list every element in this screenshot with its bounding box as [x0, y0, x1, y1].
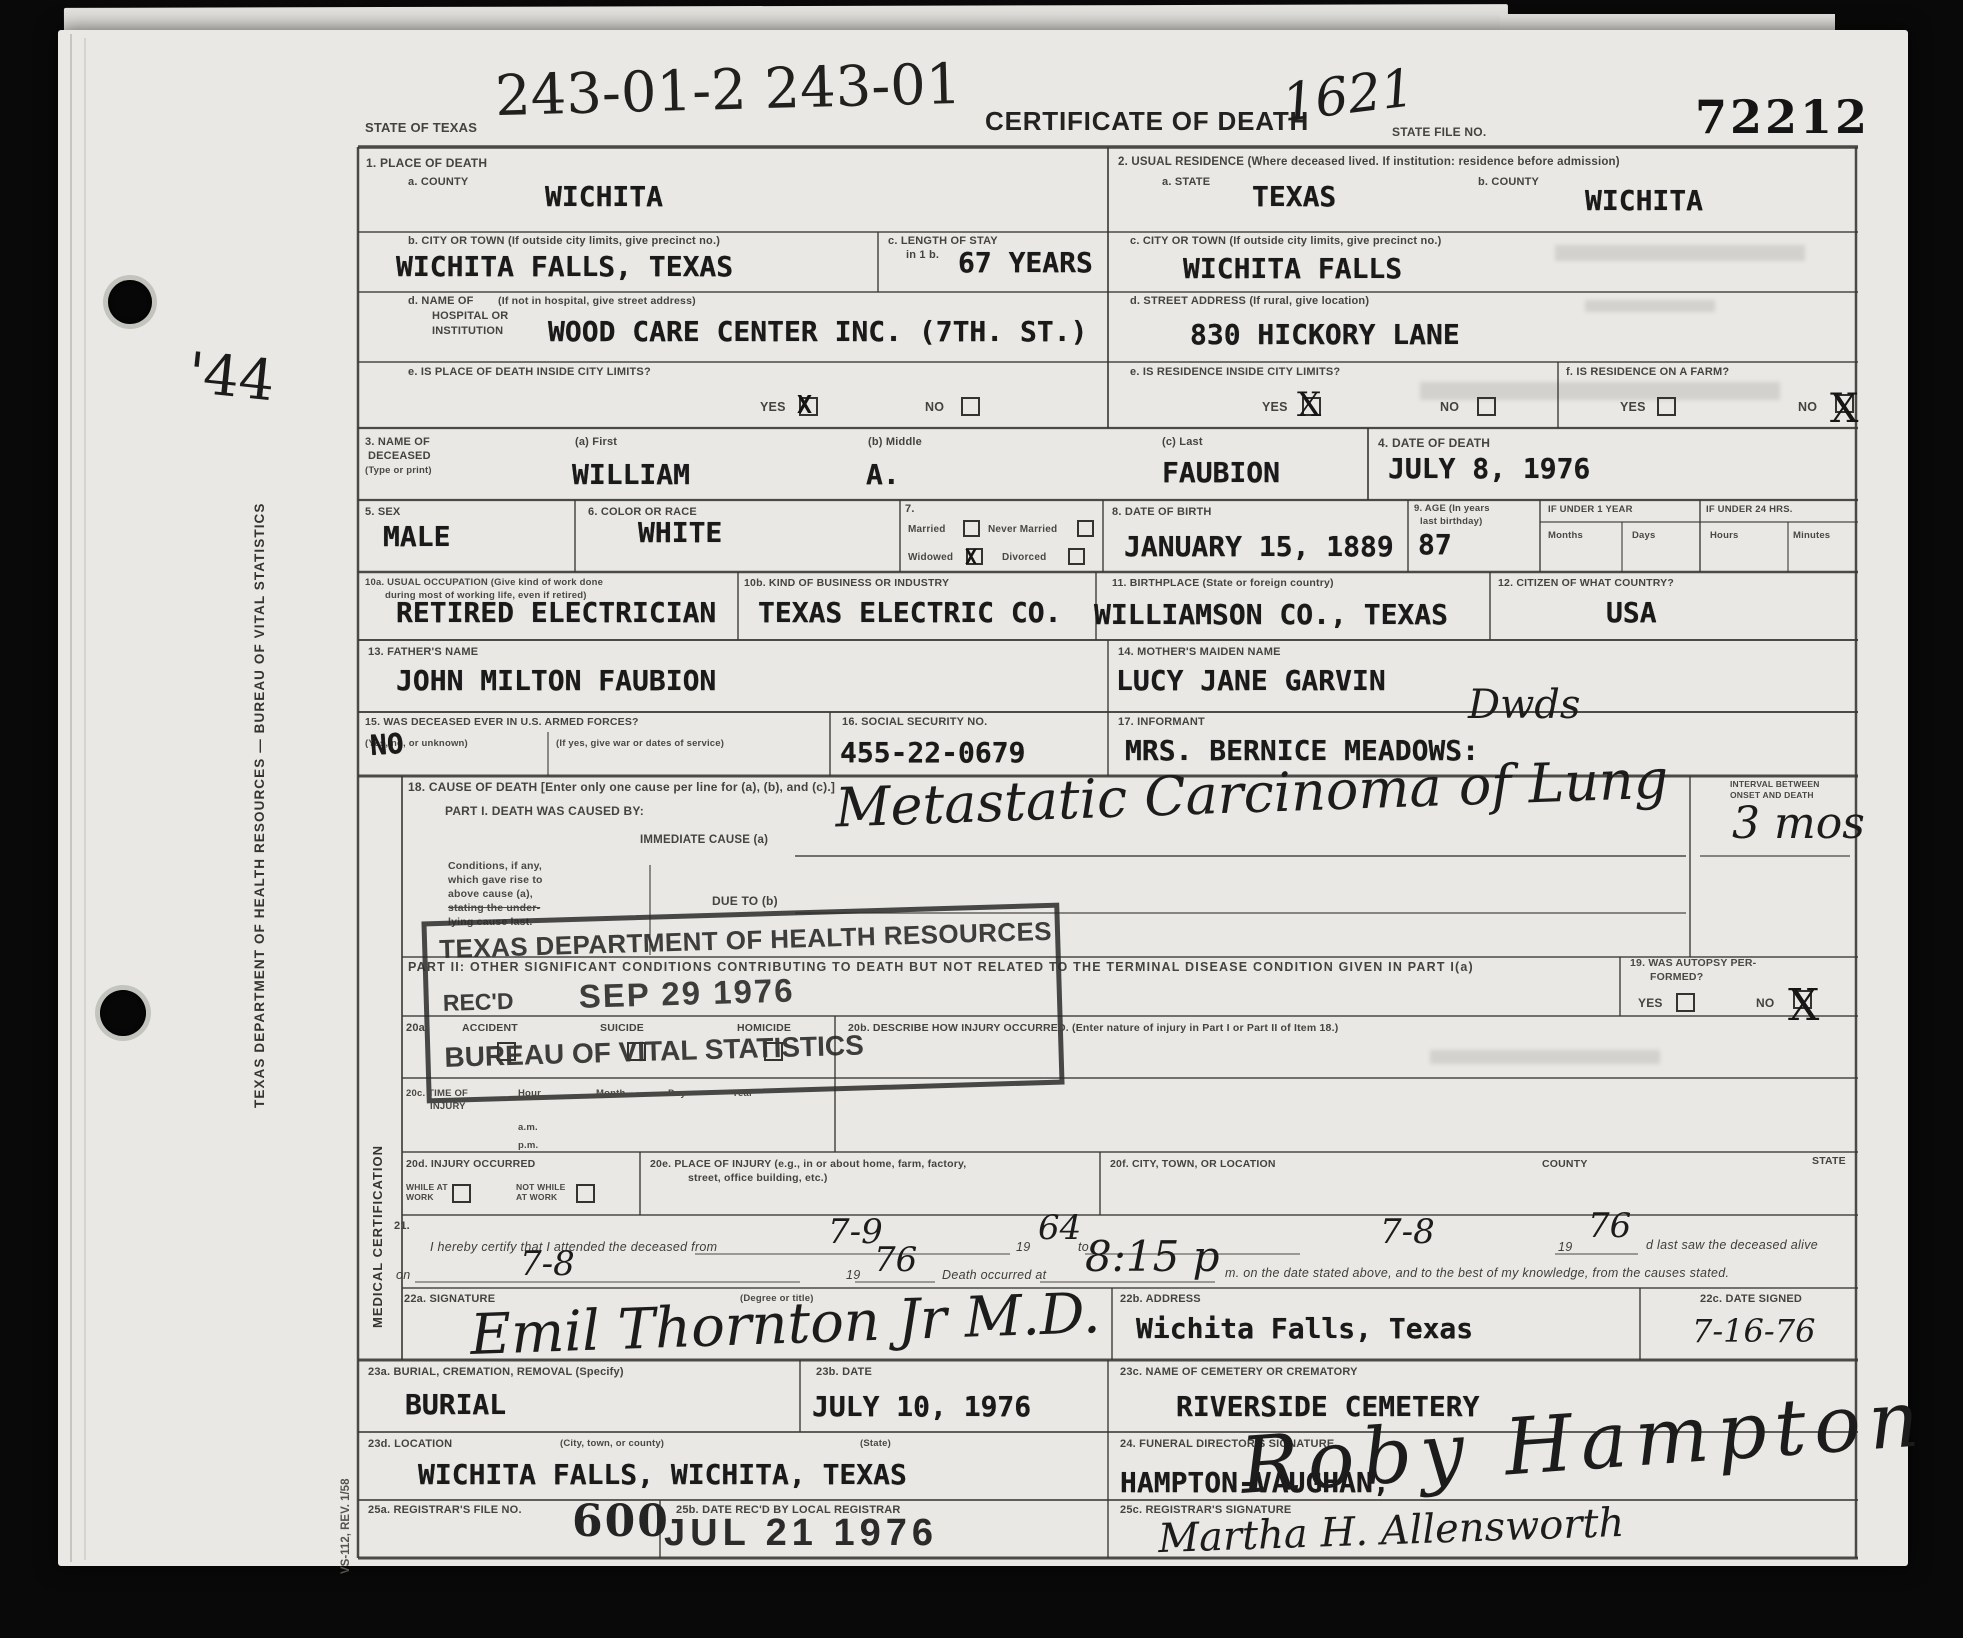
accident-checkbox [497, 1042, 516, 1061]
farm-yes-checkbox [1657, 397, 1676, 416]
fathers-name-label: 13. FATHER'S NAME [368, 646, 478, 658]
stamp-recd-label: REC'D [442, 988, 513, 1017]
usual-residence-section-label: 2. USUAL RESIDENCE (Where deceased lived… [1118, 156, 1620, 168]
if-under-24-hrs-label: IF UNDER 24 HRS. [1706, 504, 1793, 515]
first-name-label: (a) First [575, 436, 617, 448]
homicide-label: HOMICIDE [737, 1022, 791, 1034]
interval-label1: INTERVAL BETWEEN [1730, 779, 1820, 789]
year-19-print: 19 [1016, 1240, 1031, 1254]
residence-state-value: TEXAS [1252, 180, 1336, 213]
hospital-value: WOOD CARE CENTER INC. (7TH. ST.) [548, 315, 1087, 348]
age-value: 87 [1418, 528, 1452, 561]
certify-text-on: on [396, 1268, 411, 1282]
hours-label: Hours [1710, 530, 1738, 541]
not-while-at-work-label1: NOT WHILE [516, 1182, 566, 1192]
divorced-label: Divorced [1002, 552, 1046, 563]
length-of-stay-label2: in 1 b. [906, 249, 939, 261]
stamp-date: SEP 29 1976 [578, 971, 795, 1015]
place-of-injury-label1: 20e. PLACE OF INJURY (e.g., in or about … [650, 1158, 966, 1170]
handwritten-x-mark: X [1830, 386, 1858, 432]
handwritten-margin-note: '44 [185, 341, 278, 415]
handwritten-case-numbers: 243-01-2 243-01 [494, 52, 962, 129]
am-label: a.m. [518, 1122, 538, 1133]
attended-from-year: 64 [1038, 1208, 1081, 1248]
state-file-no-label: STATE FILE NO. [1392, 125, 1486, 139]
business-value: TEXAS ELECTRIC CO. [758, 596, 1061, 629]
date-received-stamp: JUL 21 1976 [664, 1512, 938, 1555]
residence-city-value: WICHITA FALLS [1183, 252, 1402, 285]
suicide-checkbox [627, 1042, 646, 1061]
item-21-label: 21. [394, 1220, 410, 1232]
hour-label: Hour [518, 1088, 541, 1099]
last-name-value: FAUBION [1162, 456, 1280, 489]
pm-label: p.m. [518, 1140, 538, 1151]
residence-city-label: c. CITY OR TOWN (If outside city limits,… [1130, 235, 1442, 247]
type-or-print-label: (Type or print) [365, 465, 432, 476]
injury-occurred-label: 20d. INJURY OCCURRED [406, 1158, 535, 1170]
burial-cremation-label: 23a. BURIAL, CREMATION, REMOVAL (Specify… [368, 1366, 624, 1378]
stamp-agency-line: TEXAS DEPARTMENT OF HEALTH RESOURCES [439, 916, 1053, 965]
marital-status-label: 7. [905, 503, 915, 515]
scanned-death-certificate: STATE OF TEXAS 243-01-2 243-01 CERTIFICA… [0, 0, 1963, 1638]
minutes-label: Minutes [1793, 530, 1830, 541]
while-at-work-label2: WORK [406, 1192, 434, 1202]
cemetery-label: 23c. NAME OF CEMETERY OR CREMATORY [1120, 1366, 1358, 1378]
handwritten-x-mark: X [1788, 980, 1819, 1031]
sex-label: 5. SEX [365, 506, 400, 518]
handwritten-x-mark: X [1297, 385, 1321, 425]
conditions-line: stating the under- [448, 902, 540, 914]
describe-injury-label: 20b. DESCRIBE HOW INJURY OCCURRED. (Ente… [848, 1022, 1338, 1034]
day-label: Day [668, 1088, 686, 1099]
immediate-cause-label: IMMEDIATE CAUSE (a) [640, 834, 768, 846]
armed-forces-label: 15. WAS DECEASED EVER IN U.S. ARMED FORC… [365, 716, 639, 728]
while-at-work-label1: WHILE AT [406, 1182, 448, 1192]
middle-name-label: (b) Middle [868, 436, 922, 448]
burial-date-value: JULY 10, 1976 [812, 1390, 1031, 1423]
certificate-serial-number: 72212 [1695, 90, 1870, 144]
armed-forces-sublabel2: (If yes, give war or dates of service) [556, 738, 724, 749]
attended-to-date: 7-8 [1380, 1212, 1435, 1252]
street-address-label: d. STREET ADDRESS (If rural, give locati… [1130, 295, 1369, 307]
birthplace-label: 11. BIRTHPLACE (State or foreign country… [1112, 577, 1334, 589]
informant-handwritten-note: Dwds [1468, 682, 1580, 728]
place-of-injury-label2: street, office building, etc.) [688, 1172, 828, 1184]
autopsy-no-checkbox: X [1793, 990, 1812, 1009]
autopsy-yes-checkbox [1676, 993, 1695, 1012]
burial-date-label: 23b. DATE [816, 1366, 872, 1378]
injury-county-label: COUNTY [1542, 1158, 1588, 1170]
residence-farm-label: f. IS RESIDENCE ON A FARM? [1566, 366, 1729, 378]
date-signed-handwritten: 7-16-76 [1692, 1312, 1815, 1350]
residence-county-value: WICHITA [1585, 184, 1703, 217]
left-margin-department-text: TEXAS DEPARTMENT OF HEALTH RESOURCES — B… [252, 502, 267, 1108]
time-of-injury-label2: INJURY [430, 1101, 466, 1112]
institution-label: INSTITUTION [432, 325, 503, 337]
burial-location-label: 23d. LOCATION [368, 1438, 452, 1450]
sex-value: MALE [383, 520, 450, 553]
never-married-label: Never Married [988, 524, 1057, 535]
medical-certification-vertical-label: MEDICAL CERTIFICATION [370, 1145, 385, 1328]
no-label: NO [925, 400, 944, 414]
divorced-checkbox [1068, 548, 1085, 565]
attended-to-year: 76 [1588, 1206, 1631, 1246]
citizen-label: 12. CITIZEN OF WHAT COUNTRY? [1498, 577, 1674, 589]
conditions-line: Conditions, if any, [448, 860, 542, 872]
yes-label: YES [760, 400, 786, 414]
residence-state-label: a. STATE [1162, 176, 1210, 188]
registrar-file-no-label: 25a. REGISTRAR'S FILE NO. [368, 1504, 522, 1516]
city-town-county-sublabel: (City, town, or county) [560, 1438, 664, 1449]
month-label: Month [596, 1088, 626, 1099]
months-label: Months [1548, 530, 1583, 541]
color-or-race-value: WHITE [638, 516, 722, 549]
date-of-death-value: JULY 8, 1976 [1388, 452, 1590, 485]
address-value: Wichita Falls, Texas [1136, 1312, 1473, 1345]
not-while-at-work-checkbox [576, 1184, 595, 1203]
days-label: Days [1632, 530, 1656, 541]
date-of-death-label: 4. DATE OF DEATH [1378, 436, 1490, 450]
received-stamp: TEXAS DEPARTMENT OF HEALTH RESOURCES REC… [421, 903, 1064, 1104]
year-19-print: 19 [1558, 1240, 1573, 1254]
never-married-checkbox [1077, 520, 1094, 537]
if-under-1-year-label: IF UNDER 1 YEAR [1548, 504, 1633, 515]
burial-location-value: WICHITA FALLS, WICHITA, TEXAS [418, 1458, 907, 1491]
date-signed-label: 22c. DATE SIGNED [1700, 1293, 1802, 1305]
form-number: VS-112, REV. 1/58 [340, 1479, 352, 1574]
mothers-maiden-name-value: LUCY JANE GARVIN [1116, 664, 1386, 697]
social-security-value: 455-22-0679 [840, 736, 1025, 769]
hospital-name-label: d. NAME OF [408, 295, 474, 307]
cause-of-death-section-label: 18. CAUSE OF DEATH [Enter only one cause… [408, 780, 835, 794]
certify-text-3: d last saw the deceased alive [1646, 1238, 1818, 1252]
typed-x-mark: X [965, 545, 977, 569]
death-city-value: WICHITA FALLS, TEXAS [396, 250, 733, 283]
no-label: NO [1756, 996, 1774, 1010]
residence-inside-limits-label: e. IS RESIDENCE INSIDE CITY LIMITS? [1130, 366, 1340, 378]
date-of-birth-label: 8. DATE OF BIRTH [1112, 506, 1212, 518]
certify-text-death-occurred: Death occurred at [942, 1268, 1046, 1282]
death-county-value: WICHITA [545, 180, 663, 213]
residence-county-label: b. COUNTY [1478, 176, 1539, 188]
armed-forces-value: NO [369, 727, 405, 762]
first-name-value: WILLIAM [572, 458, 690, 491]
typed-x-mark: X [797, 390, 812, 419]
birthplace-value: WILLIAMSON CO., TEXAS [1094, 598, 1448, 631]
widowed-checkbox: X [966, 548, 983, 565]
last-seen-date: 7-8 [520, 1244, 575, 1284]
item-20a-label: 20a. [406, 1022, 428, 1034]
middle-name-value: A. [866, 458, 900, 491]
usual-occupation-label: 10a. USUAL OCCUPATION (Give kind of work… [365, 577, 603, 588]
county-label: a. COUNTY [408, 176, 468, 188]
death-inside-limits-label: e. IS PLACE OF DEATH INSIDE CITY LIMITS? [408, 366, 651, 378]
kind-of-business-label: 10b. KIND OF BUSINESS OR INDUSTRY [744, 577, 949, 589]
street-address-value: 830 HICKORY LANE [1190, 318, 1460, 351]
yes-label: YES [1262, 400, 1288, 414]
yes-label: YES [1638, 996, 1663, 1010]
mothers-maiden-name-label: 14. MOTHER'S MAIDEN NAME [1118, 646, 1281, 658]
farm-no-checkbox: X [1835, 394, 1854, 413]
fathers-name-value: JOHN MILTON FAUBION [396, 664, 716, 697]
time-of-death-handwritten: 8:15 p [1085, 1232, 1220, 1281]
yes-label: YES [1620, 400, 1646, 414]
state-of-texas-label: STATE OF TEXAS [365, 120, 477, 135]
certify-text-6: m. on the date stated above, and to the … [1225, 1266, 1729, 1280]
residence-limits-yes-checkbox: X [1302, 397, 1321, 416]
length-of-stay-value: 67 YEARS [958, 246, 1093, 279]
autopsy-label2: FORMED? [1650, 971, 1703, 983]
hospital-name-sublabel: (If not in hospital, give street address… [498, 295, 696, 307]
occupation-value: RETIRED ELECTRICIAN [396, 596, 716, 629]
residence-limits-no-checkbox [1477, 397, 1496, 416]
date-of-birth-value: JANUARY 15, 1889 [1124, 530, 1394, 563]
name-of-label: 3. NAME OF [365, 436, 430, 448]
year-19-print: 19 [846, 1268, 861, 1282]
time-of-injury-label1: 20c. TIME OF [406, 1088, 468, 1099]
due-to-b-label: DUE TO (b) [712, 894, 778, 908]
age-label2: last birthday) [1420, 516, 1482, 527]
death-limits-yes-checkbox: X [799, 397, 818, 416]
no-label: NO [1440, 400, 1459, 414]
age-label: 9. AGE (In years [1414, 503, 1490, 514]
autopsy-label1: 19. WAS AUTOPSY PER- [1630, 957, 1756, 969]
death-limits-no-checkbox [961, 397, 980, 416]
citizen-value: USA [1606, 596, 1657, 629]
suicide-label: SUICIDE [600, 1022, 644, 1034]
state-sublabel: (State) [860, 1438, 891, 1449]
interval-handwritten: 3 mos [1732, 798, 1865, 849]
widowed-label: Widowed [908, 552, 953, 563]
burial-value: BURIAL [405, 1388, 506, 1421]
last-name-label: (c) Last [1162, 436, 1203, 448]
deceased-label: DECEASED [368, 450, 431, 462]
not-while-at-work-label2: AT WORK [516, 1192, 557, 1202]
place-of-death-section-label: 1. PLACE OF DEATH [366, 156, 487, 170]
hospital-or-label: HOSPITAL OR [432, 310, 508, 322]
social-security-label: 16. SOCIAL SECURITY NO. [842, 716, 987, 728]
injury-city-label: 20f. CITY, TOWN, OR LOCATION [1110, 1158, 1276, 1170]
while-at-work-checkbox [452, 1184, 471, 1203]
homicide-checkbox [764, 1042, 783, 1061]
year-label: Year [732, 1088, 753, 1099]
no-label: NO [1798, 400, 1817, 414]
conditions-line: which gave rise to [448, 874, 543, 886]
conditions-line: above cause (a), [448, 888, 533, 900]
registrar-file-no-stamp: 600 [572, 1496, 670, 1547]
certificate-title: CERTIFICATE OF DEATH [985, 106, 1309, 137]
part1-label: PART I. DEATH WAS CAUSED BY: [445, 804, 644, 818]
city-or-town-label: b. CITY OR TOWN (If outside city limits,… [408, 235, 720, 247]
married-label: Married [908, 524, 946, 535]
address-label: 22b. ADDRESS [1120, 1293, 1201, 1305]
married-checkbox [963, 520, 980, 537]
last-seen-year: 76 [874, 1240, 917, 1280]
injury-state-label: STATE [1812, 1155, 1846, 1167]
informant-label: 17. INFORMANT [1118, 716, 1205, 728]
accident-label: ACCIDENT [462, 1022, 518, 1034]
